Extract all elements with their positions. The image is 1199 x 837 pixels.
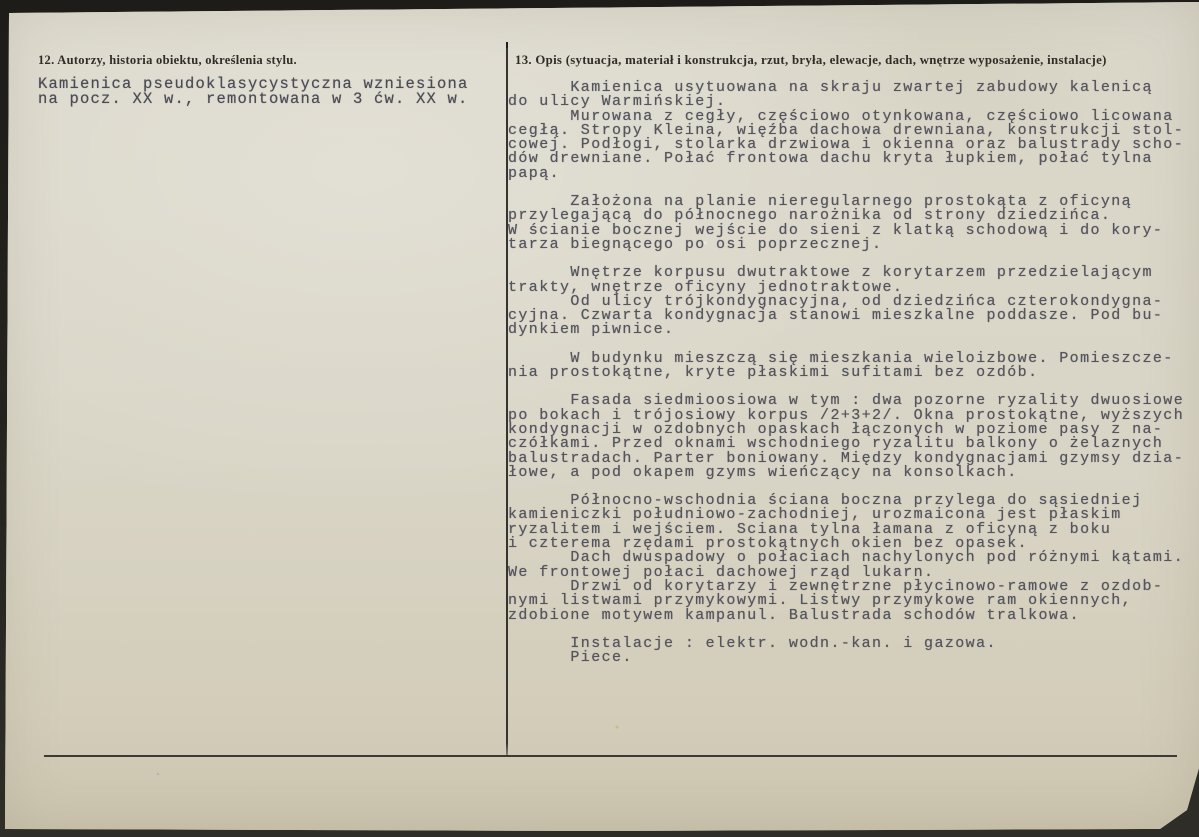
paragraph: Drzwi od korytarzy i zewnętrzne płycinow… (508, 580, 1196, 623)
paragraph: Od ulicy trójkondygnacyjna, od dziedzińc… (508, 295, 1196, 338)
scan-background: 12. Autorzy, historia obiektu, określeni… (0, 0, 1199, 837)
section-12-body: Kamienica pseudoklasycystyczna wzniesion… (38, 77, 469, 107)
paragraph: Wnętrze korpusu dwutraktowe z korytarzem… (508, 266, 1196, 295)
paragraph: Murowana z cegły, częściowo otynkowana, … (508, 110, 1196, 181)
paragraph: Dach dwuspadowy o połaciach nachylonych … (508, 551, 1196, 580)
paragraph: W budynku mieszczą się mieszkania wieloi… (508, 352, 1196, 381)
paragraph: Instalacje : elektr. wodn.-kan. i gazowa… (508, 637, 1196, 666)
section-12-heading: 12. Autorzy, historia obiektu, określeni… (38, 53, 297, 68)
section-13-body: Kamienica usytuowana na skraju zwartej z… (508, 81, 1196, 665)
paragraph: Fasada siedmioosiowa w tym : dwa pozorne… (508, 394, 1196, 480)
paragraph: Północno-wschodnia ściana boczna przyleg… (508, 494, 1196, 551)
bottom-rule (44, 755, 1177, 757)
paragraph: Założona na planie nieregularnego prosto… (508, 195, 1196, 252)
section-13-heading: 13. Opis (sytuacja, materiał i konstrukc… (515, 53, 1107, 68)
document-page: 12. Autorzy, historia obiektu, określeni… (0, 0, 1199, 837)
paragraph: Kamienica usytuowana na skraju zwartej z… (508, 81, 1196, 110)
